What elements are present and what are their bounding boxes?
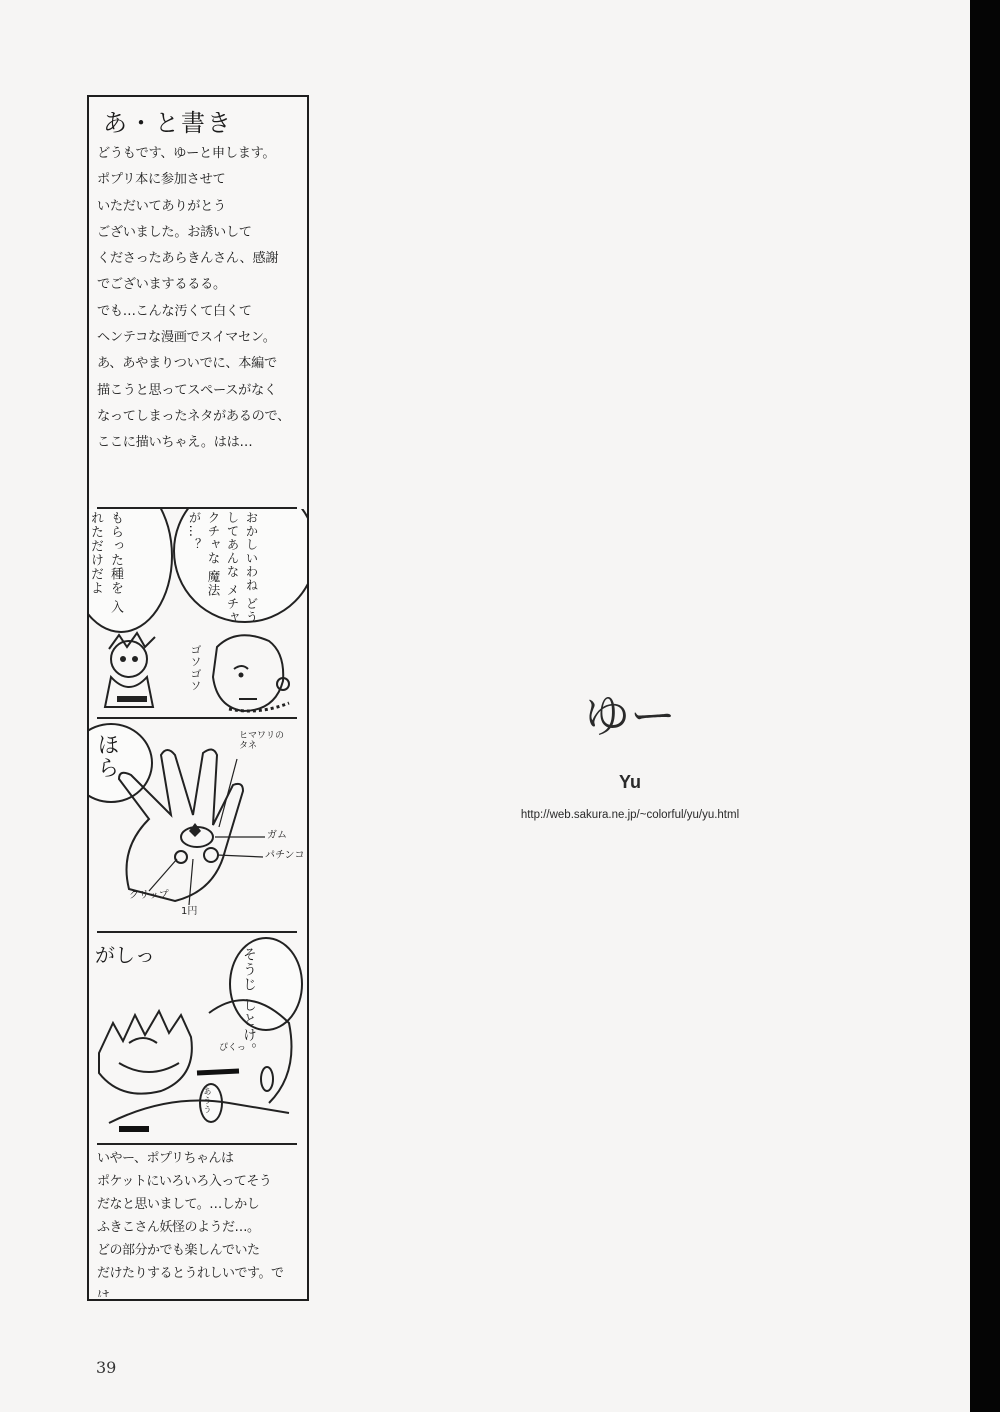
afterword-intro-text: どうもです、ゆーと申します。 ポプリ本に参加させて いただいてありがとう ござい… — [97, 141, 303, 457]
afterword-comic-strip: あ・と書き どうもです、ゆーと申します。 ポプリ本に参加させて いただいてありが… — [87, 95, 309, 1301]
comic-panel-2: ほら ヒマワリの タネ ガム パチンコ クリップ 1円 — [89, 719, 307, 929]
grab-scene-drawing — [89, 933, 307, 1141]
comic-panel-1: おかしいわね どうしてあんな メチャクチャな 魔法が…？ もらった種を 入れただ… — [89, 509, 307, 715]
open-hand-drawing — [89, 719, 307, 929]
author-website-url[interactable]: http://web.sakura.ne.jp/~colorful/yu/yu.… — [460, 809, 800, 821]
panel-divider — [97, 1143, 297, 1145]
author-name-kana: ゆー — [560, 680, 700, 746]
afterword-closing-panel: いやー、ポプリちゃんは ポケットにいろいろ入ってそう だなと思いまして。…しかし… — [89, 1147, 307, 1297]
characters-drawing — [89, 509, 307, 715]
afterword-title: あ・と書き — [103, 103, 233, 138]
afterword-intro-panel: あ・と書き どうもです、ゆーと申します。 ポプリ本に参加させて いただいてありが… — [89, 97, 307, 497]
page-number: 39 — [96, 1358, 116, 1377]
scan-edge-strip — [970, 0, 1000, 1412]
afterword-closing-text: いやー、ポプリちゃんは ポケットにいろいろ入ってそう だなと思いまして。…しかし… — [97, 1147, 307, 1297]
comic-panel-3: がしっ そうじ しとけ。 ぴくっ あうう — [89, 933, 307, 1141]
author-name-roman: Yu — [560, 772, 700, 793]
